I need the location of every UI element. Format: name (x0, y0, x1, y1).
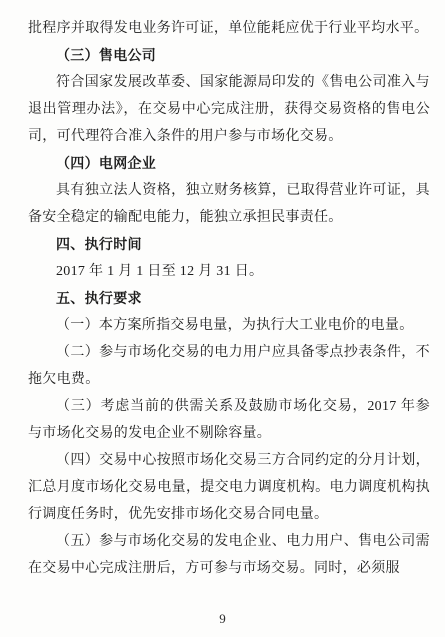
document-page: 批程序并取得发电业务许可证，单位能耗应优于行业平均水平。 （三）售电公司 符合国… (0, 0, 445, 637)
paragraph-item-4: （四）交易中心按照市场化交易三方合同约定的分月计划，汇总月度市场化交易电量，提交… (28, 447, 430, 528)
paragraph: 符合国家发展改革委、国家能源局印发的《售电公司准入与退出管理办法》，在交易中心完… (28, 69, 430, 150)
chapter-heading-execution-time: 四、执行时间 (28, 231, 430, 258)
paragraph-item-5: （五）参与市场化交易的发电企业、电力用户、售电公司需在交易中心完成注册后，方可参… (28, 528, 430, 582)
paragraph-item-3: （三）考虑当前的供需关系及鼓励市场化交易，2017 年参与市场化交易的发电企业不… (28, 393, 430, 447)
page-number: 9 (0, 611, 445, 627)
paragraph: 具有独立法人资格，独立财务核算，已取得营业许可证，具备安全稳定的输配电能力，能独… (28, 177, 430, 231)
chapter-heading-execution-requirements: 五、执行要求 (28, 285, 430, 312)
paragraph-item-1: （一）本方案所指交易电量，为执行大工业电价的电量。 (28, 312, 430, 339)
paragraph-date-range: 2017 年 1 月 1 日至 12 月 31 日。 (28, 258, 430, 285)
paragraph-item-2: （二）参与市场化交易的电力用户应具备零点抄表条件，不拖欠电费。 (28, 339, 430, 393)
paragraph-continuation: 批程序并取得发电业务许可证，单位能耗应优于行业平均水平。 (28, 15, 430, 42)
section-heading-3: （三）售电公司 (28, 42, 430, 69)
section-heading-4: （四）电网企业 (28, 150, 430, 177)
